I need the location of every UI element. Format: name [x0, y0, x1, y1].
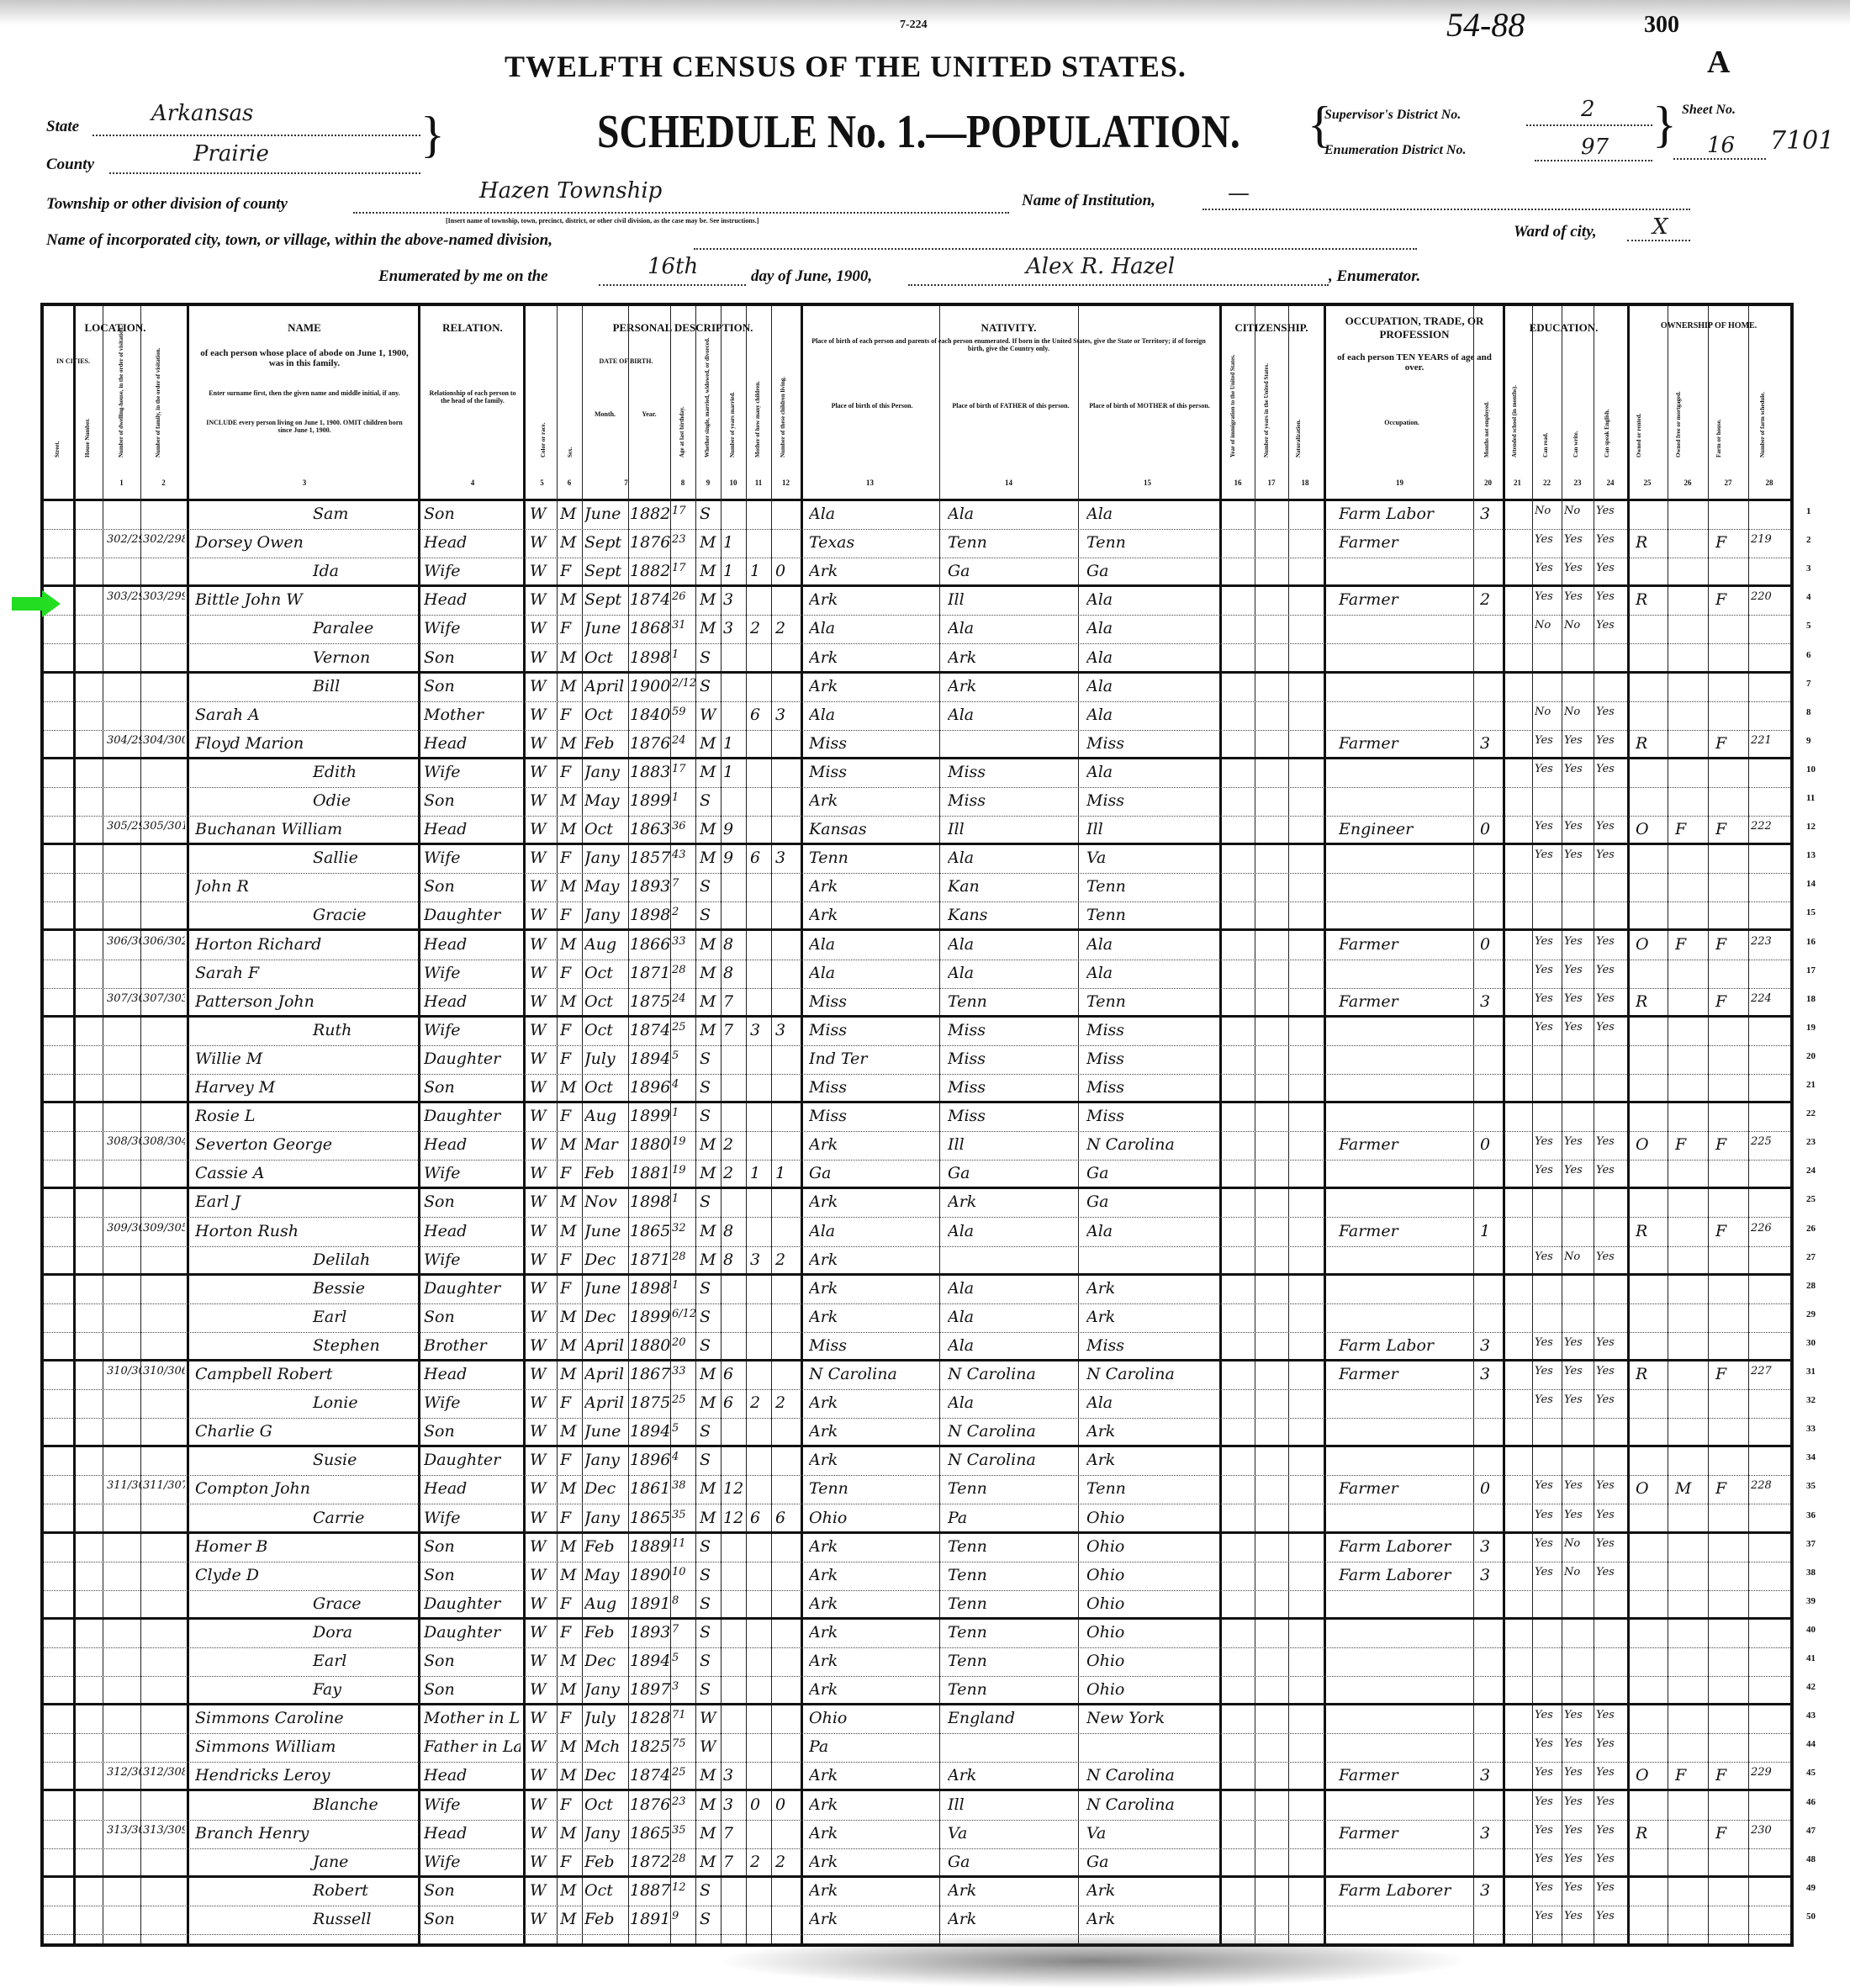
cell-pob-father: Ill [948, 820, 1074, 838]
cell-month: June [584, 1279, 628, 1298]
cell-family: 302/298 [143, 533, 185, 546]
cell-year: 1874 [630, 1021, 670, 1039]
years-married-heading: Number of years married. [729, 340, 736, 457]
cell-year: 1871 [630, 1250, 670, 1269]
cell-year: 1889 [630, 1537, 670, 1556]
cell-write: Yes [1564, 1135, 1591, 1148]
cell-year: 1876 [630, 734, 670, 753]
cell-pob: Ark [809, 1680, 935, 1699]
cell-family: 309/305 [143, 1222, 185, 1235]
table-row: Simmons CarolineMother in LawWFJuly18287… [44, 1705, 1790, 1734]
cell-months-unemployed: 3 [1480, 1881, 1500, 1900]
cell-age: 71 [672, 1709, 695, 1721]
cell-year: 1876 [630, 1795, 670, 1814]
cell-sex: F [560, 1393, 582, 1412]
cell-read: No [1535, 505, 1560, 517]
cell-marital: S [700, 1594, 720, 1613]
table-row: SamSonWMJune188217SAlaAlaAlaFarm Labor3N… [44, 501, 1790, 530]
cell-relation: Son [424, 1652, 521, 1670]
cell-pob-father: Ala [948, 1308, 1074, 1326]
cell-yrs-married: 6 [723, 1393, 745, 1412]
cell-marital: S [700, 1881, 720, 1900]
cell-pob-father: Tenn [948, 1566, 1074, 1584]
cell-year: 1876 [630, 533, 670, 552]
cell-marital: W [700, 706, 720, 724]
cell-write: Yes [1564, 1737, 1591, 1750]
cell-living: 1 [775, 1164, 797, 1182]
cell-color: W [530, 820, 555, 838]
cell-occupation: Engineer [1339, 820, 1473, 838]
cell-name: Sarah A [195, 706, 418, 724]
cell-year: 1875 [630, 1393, 670, 1412]
cell-month: April [584, 1336, 628, 1355]
cell-english: Yes [1596, 1881, 1626, 1894]
cell-pob-mother: Ga [1086, 1164, 1213, 1182]
cell-write: No [1564, 1537, 1591, 1550]
table-row: Harvey MSonWMOct18964SMissMissMiss [44, 1075, 1790, 1103]
cell-write: Yes [1564, 1910, 1591, 1922]
cell-year: 1893 [630, 1623, 670, 1642]
cell-pob: Ark [809, 648, 935, 667]
cell-color: W [530, 1709, 555, 1727]
cell-month: Jany [584, 763, 628, 781]
cell-months-unemployed: 0 [1480, 1479, 1500, 1498]
cell-english: Yes [1596, 849, 1626, 861]
year-immigration-heading: Year of immigration to the United States… [1229, 352, 1236, 457]
occupation-col-heading: Occupation. [1330, 420, 1473, 427]
cell-sex: F [560, 1795, 582, 1814]
cell-sex: F [560, 1021, 582, 1039]
line-number: 1 [1806, 506, 1811, 516]
cell-age: 1 [672, 648, 695, 661]
line-number: 10 [1806, 764, 1816, 775]
cell-color: W [530, 734, 555, 753]
cell-month: Feb [584, 1623, 628, 1642]
cell-month: July [584, 1050, 628, 1068]
cell-marital: M [700, 820, 720, 838]
cell-marital: M [700, 1222, 720, 1240]
cell-occupation: Farmer [1339, 1222, 1473, 1240]
table-row: EdithWifeWFJany188317M1MissMissAlaYesYes… [44, 759, 1790, 788]
cell-pob-mother: Tenn [1086, 906, 1213, 924]
cell-year: 1898 [630, 1279, 670, 1298]
cell-write: Yes [1564, 1853, 1591, 1865]
cell-sex: F [560, 562, 582, 580]
cell-yrs-married: 2 [723, 1135, 745, 1154]
cell-family: 306/302 [143, 935, 185, 948]
table-row: EarlSonWMDec18945SArkTennOhio [44, 1648, 1790, 1677]
cell-month: Aug [584, 1107, 628, 1125]
cell-year: 1898 [630, 648, 670, 667]
cell-marital: S [700, 1566, 720, 1584]
line-number: 25 [1806, 1194, 1816, 1204]
col-number: 17 [1255, 478, 1288, 487]
cell-english: Yes [1596, 1365, 1626, 1377]
cell-relation: Head [424, 1365, 521, 1383]
cell-english: Yes [1596, 1766, 1626, 1779]
cell-name: Homer B [195, 1537, 418, 1556]
cell-pob-mother: Ohio [1086, 1509, 1213, 1527]
cell-yrs-married: 12 [723, 1479, 745, 1498]
line-number: 11 [1806, 793, 1815, 803]
table-row: Clyde DSonWMMay189010SArkTennOhioFarm La… [44, 1562, 1790, 1591]
cell-color: W [530, 1222, 555, 1240]
cell-pob: Ark [809, 877, 935, 896]
cell-living: 2 [775, 1393, 797, 1412]
cell-sex: F [560, 1250, 582, 1269]
cell-marital: S [700, 1623, 720, 1642]
cell-family: 305/301 [143, 820, 185, 833]
cell-relation: Son [424, 877, 521, 896]
cell-pob-father: Ala [948, 1222, 1074, 1240]
cell-english: Yes [1596, 734, 1626, 747]
cell-sex: F [560, 964, 582, 982]
table-row: Rosie LDaughterWFAug18991SMissMissMiss [44, 1103, 1790, 1132]
col-number: 18 [1288, 478, 1322, 487]
cell-pob: Tenn [809, 849, 935, 867]
cell-pob-mother: Ala [1086, 619, 1213, 637]
cell-sex: M [560, 1365, 582, 1383]
cell-month: Sept [584, 590, 628, 609]
cell-schedule: 226 [1751, 1222, 1789, 1235]
cell-months-unemployed: 3 [1480, 1365, 1500, 1383]
cell-mother-of: 0 [750, 1795, 770, 1814]
cell-english: Yes [1596, 1479, 1626, 1492]
cell-relation: Son [424, 1422, 521, 1441]
name-desc: of each person whose place of abode on J… [199, 348, 410, 368]
cell-month: Feb [584, 1910, 628, 1928]
table-row: SusieDaughterWFJany18964SArkN CarolinaAr… [44, 1447, 1790, 1476]
table-row: 305/299305/301Buchanan WilliamHeadWMOct1… [44, 817, 1790, 845]
col-number: 14 [939, 478, 1078, 487]
cell-sex: M [560, 1192, 582, 1211]
table-row: 308/302308/304Severton GeorgeHeadWMMar18… [44, 1132, 1790, 1161]
table-row: GracieDaughterWFJany18982SArkKansTenn [44, 902, 1790, 931]
table-row: BlancheWifeWFOct187623M300ArkIllN Caroli… [44, 1792, 1790, 1821]
cell-read: No [1535, 706, 1560, 718]
line-number: 16 [1806, 937, 1816, 947]
line-number: 43 [1806, 1710, 1816, 1721]
line-number: 46 [1806, 1797, 1816, 1807]
cell-marital: S [700, 1422, 720, 1441]
cell-pob: Tenn [809, 1479, 935, 1498]
cell-occupation: Farm Labor [1339, 1336, 1473, 1355]
cell-month: Oct [584, 648, 628, 667]
line-number: 47 [1806, 1826, 1816, 1836]
cell-marital: S [700, 648, 720, 667]
cell-yrs-married: 1 [723, 533, 745, 552]
cell-english: Yes [1596, 590, 1626, 603]
cell-marital: M [700, 1766, 720, 1784]
cell-occupation: Farmer [1339, 935, 1473, 954]
cell-pob-father: Miss [948, 1107, 1074, 1125]
cell-pob-mother: Ohio [1086, 1537, 1213, 1556]
cell-pob-father: Ill [948, 1795, 1074, 1814]
cell-relation: Wife [424, 562, 521, 580]
cell-pob-mother: Ala [1086, 648, 1213, 667]
cell-color: W [530, 1107, 555, 1125]
cell-relation: Wife [424, 1795, 521, 1814]
cell-english: Yes [1596, 1795, 1626, 1808]
cell-owned: R [1636, 590, 1666, 609]
cell-sex: M [560, 1680, 582, 1699]
cell-age: 24 [672, 734, 695, 747]
line-number: 15 [1806, 907, 1816, 917]
cell-color: W [530, 1308, 555, 1326]
cell-name: Charlie G [195, 1422, 418, 1441]
cell-age: 17 [672, 562, 695, 574]
cell-marital: S [700, 1308, 720, 1326]
line-number: 23 [1806, 1137, 1816, 1147]
cell-english: Yes [1596, 1853, 1626, 1865]
cell-marital: M [700, 1393, 720, 1412]
cell-pob-mother: Miss [1086, 734, 1213, 753]
col-number: 16 [1221, 478, 1255, 487]
cell-marital: M [700, 533, 720, 552]
cell-write: No [1564, 1566, 1591, 1578]
table-row: CarrieWifeWFJany186535M1266OhioPaOhioYes… [44, 1505, 1790, 1534]
cell-year: 1882 [630, 562, 670, 580]
cell-color: W [530, 1566, 555, 1584]
col-number: 20 [1473, 478, 1503, 487]
cell-year: 1898 [630, 1192, 670, 1211]
cell-sex: F [560, 1451, 582, 1469]
line-number: 30 [1806, 1338, 1816, 1348]
cell-schedule: 220 [1751, 590, 1789, 603]
cell-relation: Brother [424, 1336, 521, 1355]
cell-write: Yes [1564, 935, 1591, 948]
cell-pob-father: Tenn [948, 1652, 1074, 1670]
sex-heading: Sex. [567, 424, 573, 457]
cell-yrs-married: 3 [723, 590, 745, 609]
cell-age: 2/12 [672, 677, 695, 690]
cell-pob-mother: Va [1086, 849, 1213, 867]
cell-sex: F [560, 763, 582, 781]
cell-pob: Ark [809, 791, 935, 810]
cell-name: Floyd Marion [195, 734, 418, 753]
cell-age: 36 [672, 820, 695, 833]
cell-english: Yes [1596, 992, 1626, 1005]
cell-living: 3 [775, 1021, 797, 1039]
cell-pob-father: Ala [948, 1336, 1074, 1355]
cell-name: Rosie L [195, 1107, 418, 1125]
line-number: 9 [1806, 736, 1811, 746]
cell-read: Yes [1535, 992, 1560, 1005]
line-number: 40 [1806, 1625, 1816, 1635]
cell-color: W [530, 992, 555, 1011]
cell-sex: F [560, 849, 582, 867]
cell-month: Oct [584, 820, 628, 838]
cell-color: W [530, 1279, 555, 1298]
line-number: 17 [1806, 965, 1816, 975]
table-row: Willie MDaughterWFJuly18945SInd TerMissM… [44, 1046, 1790, 1075]
cell-color: W [530, 1881, 555, 1900]
color-heading: Color or race. [540, 399, 547, 457]
cell-pob: Ind Ter [809, 1050, 935, 1068]
cell-pob-mother: N Carolina [1086, 1135, 1213, 1154]
cell-yrs-married: 7 [723, 992, 745, 1011]
cell-pob: Ohio [809, 1509, 935, 1527]
cell-dwelling: 313/307 [107, 1824, 142, 1837]
name-heading: NAME [191, 321, 418, 335]
brace: } [420, 109, 445, 160]
cell-pob-mother: Miss [1086, 1050, 1213, 1068]
cell-write: Yes [1564, 533, 1591, 546]
can-read-heading: Can read. [1542, 407, 1549, 457]
cell-month: Sept [584, 562, 628, 580]
col-number: 12 [771, 478, 801, 487]
cell-age: 17 [672, 763, 695, 775]
cell-sex: M [560, 791, 582, 810]
cell-family: 312/308 [143, 1766, 185, 1779]
cell-month: April [584, 1365, 628, 1383]
cell-year: 1866 [630, 935, 670, 954]
name-instr2: INCLUDE every person living on June 1, 1… [199, 420, 410, 435]
cell-marital: S [700, 1192, 720, 1211]
cell-pob: Ala [809, 505, 935, 523]
cell-pob-father: Ala [948, 706, 1074, 724]
cell-pob-father: Tenn [948, 1537, 1074, 1556]
cell-name: Severton George [195, 1135, 418, 1154]
col-number: 19 [1326, 478, 1473, 487]
table-row: Earl JSonWMNov18981SArkArkGa [44, 1189, 1790, 1218]
cell-color: W [530, 763, 555, 781]
col-number: 22 [1532, 478, 1562, 487]
cell-month: Jany [584, 906, 628, 924]
table-row: VernonSonWMOct18981SArkArkAla [44, 645, 1790, 674]
cell-year: 1865 [630, 1222, 670, 1240]
cell-months-unemployed: 3 [1480, 1824, 1500, 1843]
dwelling-number-heading: Number of dwelling-house, in the order o… [118, 331, 124, 457]
cell-sex: F [560, 619, 582, 637]
cell-pob-mother: Ohio [1086, 1566, 1213, 1584]
cell-write: Yes [1564, 1164, 1591, 1176]
cell-owned: R [1636, 1365, 1666, 1383]
cell-pob: Ala [809, 964, 935, 982]
cell-pob-mother: Tenn [1086, 877, 1213, 896]
cell-pob-father: Tenn [948, 1680, 1074, 1699]
cell-farm: F [1715, 1824, 1746, 1843]
cell-relation: Wife [424, 1164, 521, 1182]
cell-read: Yes [1535, 1566, 1560, 1578]
cell-write: Yes [1564, 1795, 1591, 1808]
farm-schedule-heading: Number of farm schedule. [1759, 340, 1766, 457]
table-row: 312/306312/308Hendricks LeroyHeadWMDec18… [44, 1763, 1790, 1791]
cell-month: Feb [584, 1853, 628, 1871]
cell-age: 28 [672, 1853, 695, 1865]
cell-write: No [1564, 706, 1591, 718]
nativity-desc: Place of birth of each person and parent… [805, 338, 1213, 353]
cell-pob-father: Tenn [948, 533, 1074, 552]
cell-year: 1863 [630, 820, 670, 838]
cell-owned: R [1636, 1824, 1666, 1843]
cell-color: W [530, 1135, 555, 1154]
cell-pob-mother: Miss [1086, 791, 1213, 810]
cell-pob: N Carolina [809, 1365, 935, 1383]
cell-mother-of: 3 [750, 1021, 770, 1039]
cell-dwelling: 311/305 [107, 1479, 142, 1492]
cell-relation: Daughter [424, 1623, 521, 1642]
cell-owned: R [1636, 734, 1666, 753]
cell-pob-mother: Ohio [1086, 1594, 1213, 1613]
cell-relation: Head [424, 1479, 521, 1498]
col-number: 2 [140, 478, 187, 487]
cell-family: 313/309 [143, 1824, 185, 1837]
cell-read: Yes [1535, 1881, 1560, 1894]
cell-sex: F [560, 706, 582, 724]
cell-month: June [584, 1422, 628, 1441]
naturalization-heading: Naturalization. [1295, 390, 1302, 457]
cell-dwelling: 309/303 [107, 1222, 142, 1235]
census-title: TWELFTH CENSUS OF THE UNITED STATES. [505, 49, 1187, 84]
cell-color: W [530, 1537, 555, 1556]
cell-read: Yes [1535, 935, 1560, 948]
cell-marital: M [700, 1135, 720, 1154]
line-number: 3 [1806, 563, 1811, 574]
cell-read: Yes [1535, 1135, 1560, 1148]
cell-month: April [584, 1393, 628, 1412]
cell-occupation: Farm Laborer [1339, 1537, 1473, 1556]
cell-age: 8 [672, 1594, 695, 1607]
cell-age: 6/12 [672, 1308, 695, 1320]
location-heading: LOCATION. [44, 321, 187, 335]
cell-age: 38 [672, 1479, 695, 1492]
cell-yrs-married: 7 [723, 1853, 745, 1871]
cell-marital: S [700, 1050, 720, 1068]
cell-read: Yes [1535, 533, 1560, 546]
farm-house-heading: Farm or house. [1715, 390, 1722, 457]
cell-age: 35 [672, 1509, 695, 1521]
cell-pob-mother: Tenn [1086, 1479, 1213, 1498]
cell-pob-father: Ala [948, 619, 1074, 637]
cell-occupation: Farm Labor [1339, 505, 1473, 523]
table-row: RussellSonWMFeb18919SArkArkArkYesYesYes [44, 1906, 1790, 1935]
table-row: DelilahWifeWFDec187128M832ArkYesNoYes [44, 1247, 1790, 1276]
cell-family: 311/307 [143, 1479, 185, 1492]
cell-relation: Head [424, 935, 521, 954]
cell-pob-mother: N Carolina [1086, 1766, 1213, 1784]
cell-months-unemployed: 0 [1480, 820, 1500, 838]
cell-read: Yes [1535, 1737, 1560, 1750]
cell-age: 25 [672, 1766, 695, 1779]
line-number: 49 [1806, 1883, 1816, 1893]
line-number: 42 [1806, 1682, 1816, 1692]
cell-read: Yes [1535, 1766, 1560, 1779]
cell-family: 310/306 [143, 1365, 185, 1377]
cell-name: Campbell Robert [195, 1365, 418, 1383]
cell-sex: M [560, 1881, 582, 1900]
cell-read: Yes [1535, 1021, 1560, 1034]
cell-family: 303/299 [143, 590, 185, 603]
months-not-employed-heading: Months not employed. [1483, 399, 1490, 457]
cell-schedule: 221 [1751, 734, 1789, 747]
line-number: 48 [1806, 1854, 1816, 1864]
cell-name: Buchanan William [195, 820, 418, 838]
table-row: IdaWifeWFSept188217M110ArkGaGaYesYesYes [44, 558, 1790, 587]
cell-living: 0 [775, 1795, 797, 1814]
cell-pob: Ark [809, 1652, 935, 1670]
cell-color: W [530, 964, 555, 982]
cell-sex: M [560, 677, 582, 695]
cell-english: Yes [1596, 820, 1626, 833]
cell-sex: F [560, 1050, 582, 1068]
cell-month: May [584, 1566, 628, 1584]
cell-relation: Son [424, 1537, 521, 1556]
cell-year: 1887 [630, 1881, 670, 1900]
cell-color: W [530, 906, 555, 924]
cell-write: Yes [1564, 763, 1591, 775]
cell-year: 1897 [630, 1680, 670, 1699]
